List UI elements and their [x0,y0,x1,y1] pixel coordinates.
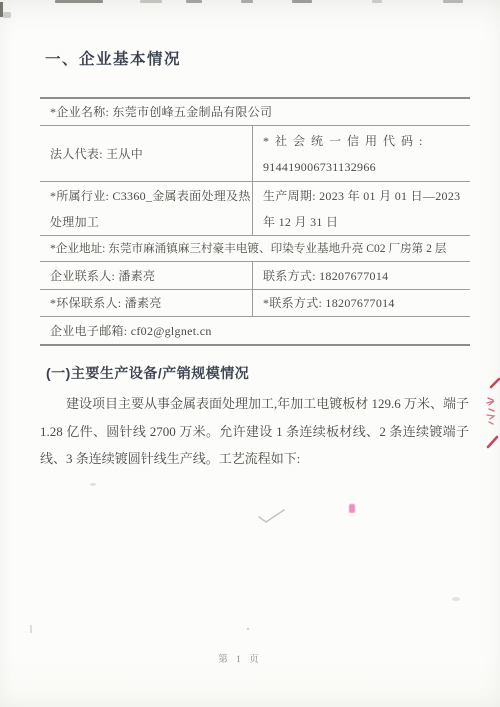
contact-person-cell: 企业联系人: 潘素亮 [40,262,252,289]
scan-edge-artifact [140,0,162,3]
env-contact-phone-text: *联系方式: 18207677014 [263,290,470,316]
paper-speck [30,625,32,633]
table-row-env-contact: *环保联系人: 潘素亮 *联系方式: 18207677014 [40,290,470,317]
industry-text: *所属行业: C3360_金属表面处理及热处理加工 [50,183,252,235]
scan-edge-artifact [186,0,202,3]
table-row-contact: 企业联系人: 潘素亮 联系方式: 18207677014 [40,262,470,290]
company-email-cell: 企业电子邮箱: cf02@glgnet.cn [40,317,470,344]
table-row-email: 企业电子邮箱: cf02@glgnet.cn [40,317,470,344]
contact-phone-text: 联系方式: 18207677014 [263,263,470,289]
paper-speck [247,628,249,630]
body-paragraph: 建设项目主要从事金属表面处理加工,年加工电镀板材 129.6 万米、端子 1.2… [40,390,469,473]
scanned-document-page: 一、企业基本情况 *企业名称: 东莞市创峰五金制品有限公司 法人代表: 王从中 … [0,0,500,707]
env-contact-person-cell: *环保联系人: 潘素亮 [40,290,252,316]
env-contact-phone-cell: *联系方式: 18207677014 [252,290,470,316]
subsection-title: (一)主要生产设备/产销规模情况 [46,363,249,383]
company-address-cell: *企业地址: 东莞市麻涌镇麻三村豪丰电镀、印染专业基地升亮 C02 厂房第 2 … [40,236,470,261]
pencil-check-icon [255,505,289,527]
section-title: 一、企业基本情况 [45,47,181,69]
red-pen-marks-icon [480,374,500,459]
industry-cell: *所属行业: C3360_金属表面处理及热处理加工 [40,182,252,235]
scan-edge-artifact [443,0,463,3]
paper-speck [452,597,460,601]
legal-representative-cell: 法人代表: 王从中 [40,126,252,181]
table-row-industry-period: *所属行业: C3360_金属表面处理及热处理加工 生产周期: 2023 年 0… [40,182,470,236]
company-info-table: *企业名称: 东莞市创峰五金制品有限公司 法人代表: 王从中 * 社 会 统 一… [40,97,470,346]
company-name-text: *企业名称: 东莞市创峰五金制品有限公司 [50,99,470,125]
credit-code-cell: * 社 会 统 一 信 用 代 码 : 914419006731132966 [252,126,470,181]
scan-edge-artifact [241,0,253,3]
company-email-text: 企业电子邮箱: cf02@glgnet.cn [50,318,470,344]
scan-edge-artifact [3,12,11,18]
table-row-legal-credit: 法人代表: 王从中 * 社 会 统 一 信 用 代 码 : 9144190067… [40,126,470,182]
company-name-cell: *企业名称: 东莞市创峰五金制品有限公司 [40,99,470,125]
production-period-text: 生产周期: 2023 年 01 月 01 日—2023 年 12 月 31 日 [263,183,470,235]
contact-phone-cell: 联系方式: 18207677014 [252,262,470,289]
scan-edge-artifact [55,0,103,3]
credit-code-label: * 社 会 统 一 信 用 代 码 : [263,128,470,154]
company-address-text: *企业地址: 东莞市麻涌镇麻三村豪丰电镀、印染专业基地升亮 C02 厂房第 2 … [50,236,470,262]
paper-speck [90,483,96,486]
legal-representative-text: 法人代表: 王从中 [50,141,252,167]
contact-person-text: 企业联系人: 潘素亮 [50,263,252,289]
pink-marker-blob [349,504,355,513]
env-contact-person-text: *环保联系人: 潘素亮 [50,290,252,316]
table-row-address: *企业地址: 东莞市麻涌镇麻三村豪丰电镀、印染专业基地升亮 C02 厂房第 2 … [40,236,470,262]
scan-edge-artifact [292,0,312,3]
scan-edge-artifact [372,0,382,3]
production-period-cell: 生产周期: 2023 年 01 月 01 日—2023 年 12 月 31 日 [252,182,470,235]
table-row-company-name: *企业名称: 东莞市创峰五金制品有限公司 [40,99,470,126]
credit-code-value: 914419006731132966 [263,154,470,180]
page-number: 第 1 页 [40,651,440,665]
